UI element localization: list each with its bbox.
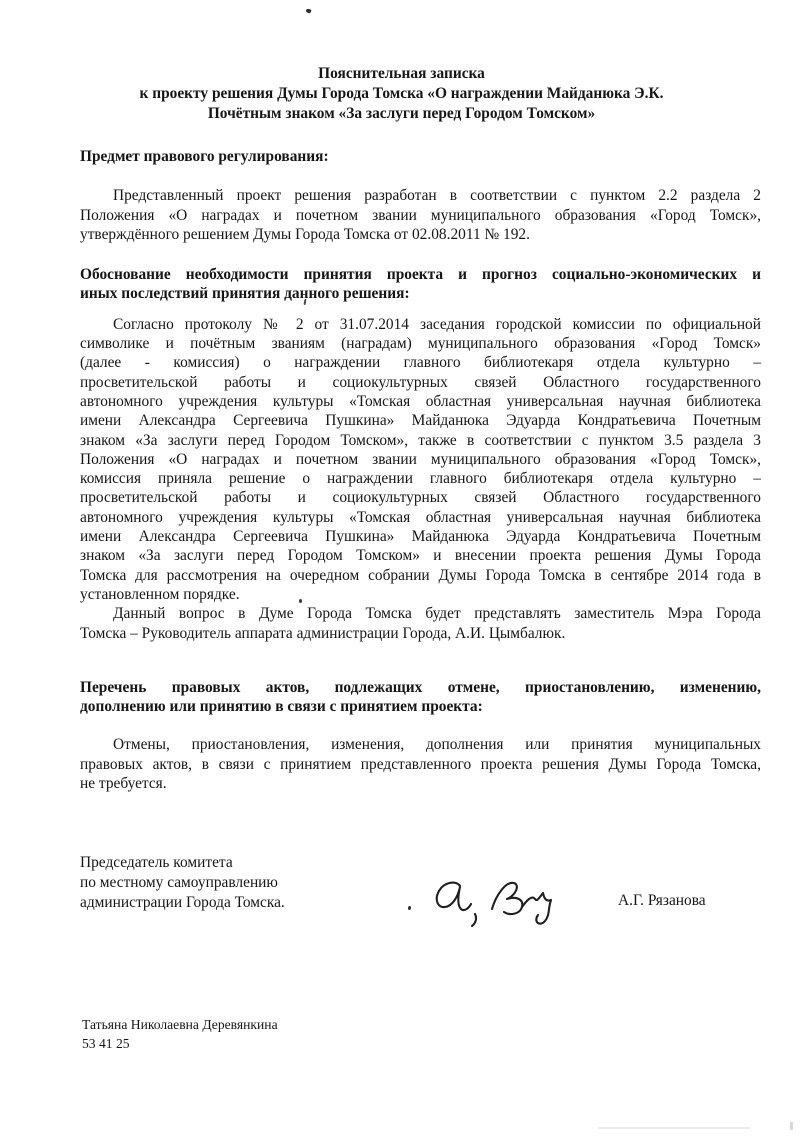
scan-artifact-speck (299, 599, 302, 603)
text-line: знаком «За заслуги перед Городом Томском… (80, 431, 761, 450)
text-line: Перечень правовых актов, подлежащих отме… (80, 678, 761, 697)
signatory-position-line: Председатель комитета (80, 853, 285, 873)
scan-artifact-edge-smudge (790, 1122, 793, 1130)
text-line: Обоснование необходимости принятия проек… (80, 265, 761, 284)
text-line: просветительской работы и социокультурны… (80, 488, 761, 507)
section-heading: Предмет правового регулирования: (80, 147, 761, 166)
body-paragraph: Представленный проект решения разработан… (80, 186, 761, 244)
section-heading: Обоснование необходимости принятия проек… (80, 265, 761, 304)
text-line: Томска для рассмотрения на очередном соб… (80, 566, 761, 585)
text-line: имени Александра Сергеевича Пушкина» Май… (80, 411, 761, 430)
text-line: автономного учреждения культуры «Томская… (80, 508, 761, 527)
text-line: Данный вопрос в Думе Города Томска будет… (80, 604, 761, 623)
text-line: Представленный проект решения разработан… (80, 186, 761, 205)
text-line: правовых актов, в связи с принятием пред… (80, 755, 761, 774)
body-paragraph: Данный вопрос в Думе Города Томска будет… (80, 604, 761, 643)
text-line: не требуется. (80, 774, 761, 793)
text-line: Положения «О наградах и почетном звании … (80, 206, 761, 225)
text-line: автономного учреждения культуры «Томская… (80, 392, 761, 411)
scan-artifact-speck (306, 8, 312, 13)
text-line: Предмет правового регулирования: (80, 147, 761, 166)
text-line: символике и почётным званиям (наградам) … (80, 334, 761, 353)
text-line: иных последствий принятия данного решени… (80, 284, 761, 303)
text-line: Отмены, приостановления, изменения, допо… (80, 735, 761, 754)
scan-artifact-edge-smudge (598, 1127, 750, 1129)
scanned-document-page: Пояснительная запискак проекту решения Д… (0, 0, 807, 1140)
signatory-name: А.Г. Рязанова (618, 892, 706, 910)
text-line: просветительской работы и социокультурны… (80, 373, 761, 392)
executor-name: Татьяна Николаевна Деревянкина (82, 1016, 278, 1035)
title-line: к проекту решения Думы Города Томска «О … (80, 84, 723, 104)
title-line: Почётным знаком «За заслуги перед Городо… (80, 104, 723, 124)
body-paragraph: Согласно протоколу № 2 от 31.07.2014 зас… (80, 315, 761, 604)
text-line: имени Александра Сергеевича Пушкина» Май… (80, 527, 761, 546)
section-heading: Перечень правовых актов, подлежащих отме… (80, 678, 761, 717)
executor-phone: 53 41 25 (82, 1035, 278, 1054)
text-line: знаком «За заслуги перед Городом Томском… (80, 546, 761, 565)
document-title: Пояснительная запискак проекту решения Д… (80, 64, 761, 124)
title-line: Пояснительная записка (80, 64, 723, 84)
text-line: Положения «О наградах и почетном звании … (80, 450, 761, 469)
document-footer: Татьяна Николаевна Деревянкина 53 41 25 (82, 1016, 278, 1053)
text-line: (далее - комиссия) о награждении главног… (80, 353, 761, 372)
signatory-position-line: администрации Города Томска. (80, 893, 285, 913)
body-paragraph: Отмены, приостановления, изменения, допо… (80, 735, 761, 793)
document-body: Предмет правового регулирования:Представ… (80, 147, 761, 793)
text-line: Согласно протоколу № 2 от 31.07.2014 зас… (80, 315, 761, 334)
text-line: дополнению или принятию в связи с принят… (80, 697, 761, 716)
signatory-position-line: по местному самоуправлению (80, 873, 285, 893)
text-line: установленном порядке. (80, 585, 761, 604)
handwritten-signature-icon (430, 869, 562, 927)
signatory-position: Председатель комитетапо местному самоупр… (80, 853, 285, 913)
text-line: Томска – Руководитель аппарата администр… (80, 624, 761, 643)
text-line: утверждённого решением Думы Города Томск… (80, 225, 761, 244)
text-line: комиссия приняла решение о награждении г… (80, 469, 761, 488)
signature-block: Председатель комитетапо местному самоупр… (80, 853, 761, 943)
